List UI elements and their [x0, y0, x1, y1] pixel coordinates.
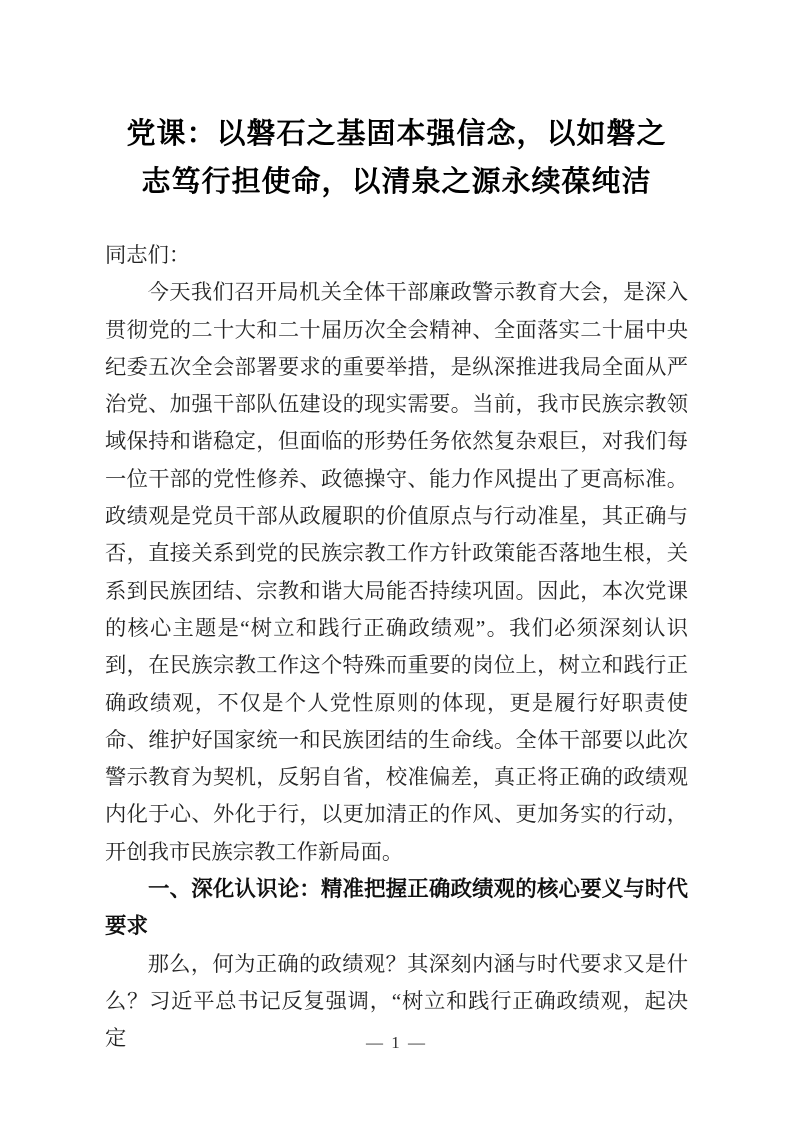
- document-title-line-1: 党课：以磐石之基固本强信念，以如磐之: [105, 110, 688, 158]
- paragraph-intro: 今天我们召开局机关全体干部廉政警示教育大会，是深入贯彻党的二十大和二十届历次全会…: [105, 274, 688, 871]
- page-number: — 1 —: [366, 1033, 427, 1052]
- document-body: 同志们： 今天我们召开局机关全体干部廉政警示教育大会，是深入贯彻党的二十大和二十…: [105, 237, 688, 1058]
- document-title-line-2: 志笃行担使命，以清泉之源永续葆纯洁: [105, 158, 688, 206]
- document-title: 党课：以磐石之基固本强信念，以如磐之 志笃行担使命，以清泉之源永续葆纯洁: [105, 110, 688, 206]
- document-page: 党课：以磐石之基固本强信念，以如磐之 志笃行担使命，以清泉之源永续葆纯洁 同志们…: [0, 0, 793, 1122]
- salutation: 同志们：: [105, 237, 688, 274]
- section-heading-1: 一、深化认识论：精准把握正确政绩观的核心要义与时代要求: [105, 871, 688, 946]
- page-footer: — 1 —: [0, 1031, 793, 1055]
